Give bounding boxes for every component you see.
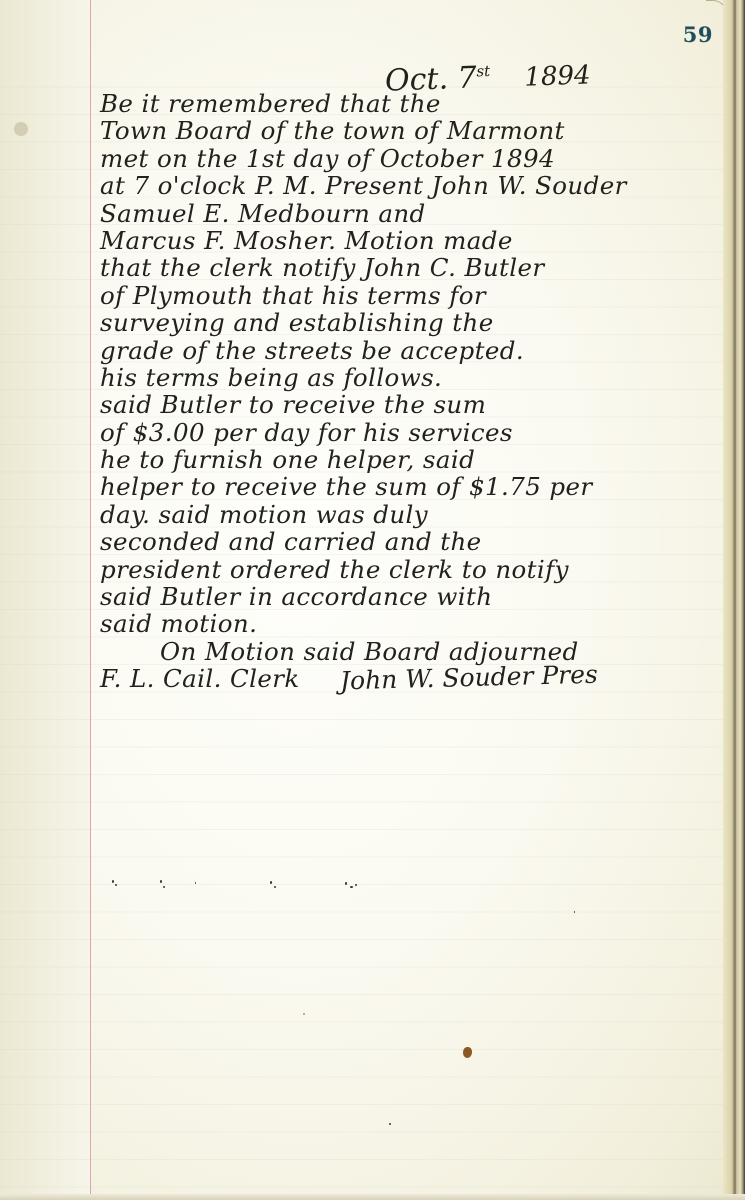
- page-bottom-edge: [0, 1194, 745, 1200]
- ink-speck: [574, 911, 575, 913]
- book-binding-edge: [723, 0, 745, 1200]
- text-line: helper to receive the sum of $1.75 per: [100, 473, 720, 500]
- text-line: Marcus F. Mosher. Motion made: [100, 227, 720, 254]
- ink-speck: [160, 880, 162, 883]
- text-line: that the clerk notify John C. Butler: [100, 254, 720, 281]
- ink-speck: [345, 882, 347, 885]
- text-line: his terms being as follows.: [100, 364, 720, 391]
- ink-speck: [274, 886, 276, 888]
- text-line: day. said motion was duly: [100, 501, 720, 528]
- text-line: seconded and carried and the: [100, 528, 720, 555]
- text-line: of Plymouth that his terms for: [100, 282, 720, 309]
- text-line: of $3.00 per day for his services: [100, 419, 720, 446]
- ink-speck: [389, 1123, 391, 1125]
- text-line: Samuel E. Medbourn and: [100, 200, 720, 227]
- page-number: 59: [683, 22, 713, 47]
- text-line: at 7 o'clock P. M. Present John W. Soude…: [100, 172, 720, 199]
- ink-speck: [112, 880, 114, 883]
- text-line: grade of the streets be accepted.: [100, 337, 720, 364]
- ink-speck: [355, 884, 357, 886]
- red-margin-rule: [90, 0, 91, 1195]
- ink-speck: [270, 881, 272, 884]
- paper-smudge: [14, 122, 28, 136]
- entry-date-suffix: st: [476, 62, 490, 80]
- text-line: said motion.: [100, 610, 720, 637]
- text-line: said Butler in accordance with: [100, 583, 720, 610]
- ink-speck: [303, 1013, 305, 1015]
- text-line: president ordered the clerk to notify: [100, 556, 720, 583]
- adjournment-line: On Motion said Board adjourned: [100, 638, 720, 665]
- ledger-page: 59 Oct. 7st1894 Be it remembered that th…: [0, 0, 745, 1200]
- text-line: met on the 1st day of October 1894: [100, 145, 720, 172]
- text-line: said Butler to receive the sum: [100, 391, 720, 418]
- text-line: Town Board of the town of Marmont: [100, 117, 720, 144]
- ink-speck: [163, 886, 165, 888]
- ink-speck: [350, 886, 353, 888]
- ink-speck: [115, 884, 117, 886]
- text-line: he to furnish one helper, said: [100, 446, 720, 473]
- text-line: surveying and establishing the: [100, 309, 720, 336]
- text-line: Be it remembered that the: [100, 90, 720, 117]
- entry-date-year: 1894: [524, 60, 591, 92]
- handwritten-lines: Be it remembered that the Town Board of …: [100, 90, 720, 693]
- ink-speck: [195, 882, 196, 884]
